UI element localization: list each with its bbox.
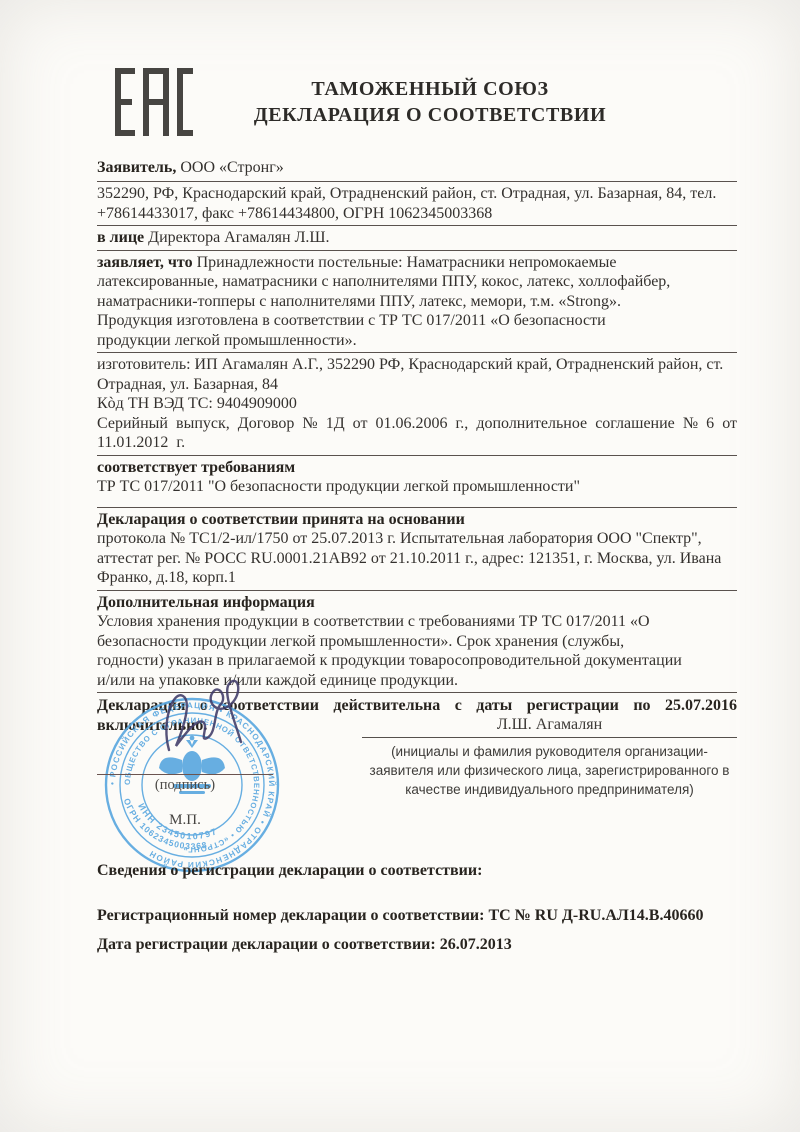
registration-number-line: Регистрационный номер декларации о соотв… <box>97 907 737 925</box>
registration-number-value: ТС № RU Д-RU.АЛ14.В.40660 <box>488 907 703 924</box>
signature-area: • РОССИЙСКАЯ ФЕДЕРАЦИЯ • КРАСНОДАРСКИЙ К… <box>97 688 737 864</box>
applicant-address-row: 352290, РФ, Краснодарский край, Отраднен… <box>97 182 737 226</box>
declares-row: заявляет, что Принадлежности постельные:… <box>97 251 737 354</box>
head-name-line <box>362 737 737 738</box>
applicant-value: ООО «Стронг» <box>180 159 283 176</box>
manufacturer-value: изготовитель: ИП Агамалян А.Г., 352290 Р… <box>97 355 737 394</box>
registration-date-label: Дата регистрации декларации о соответств… <box>97 936 436 953</box>
head-name-caption: (инициалы и фамилия руководителя организ… <box>362 742 737 799</box>
applicant-address: 352290, РФ, Краснодарский край, Отраднен… <box>97 184 737 223</box>
registration-number-label: Регистрационный номер декларации о соотв… <box>97 907 484 924</box>
tnved-code: Кòд ТН ВЭД ТС: 9404909000 <box>97 394 737 414</box>
handwritten-signature <box>153 664 257 774</box>
signature-caption: (подпись) <box>97 777 273 794</box>
declares-label: заявляет, что <box>97 254 193 271</box>
declaration-body: Заявитель, ООО «Стронг» 352290, РФ, Крас… <box>97 156 737 737</box>
registration-heading: Сведения о регистрации декларации о соот… <box>97 862 737 880</box>
additional-label: Дополнительная информация <box>97 594 315 611</box>
applicant-row: Заявитель, ООО «Стронг» <box>97 156 737 182</box>
manufacturer-row: изготовитель: ИП Агамалян А.Г., 352290 Р… <box>97 353 737 456</box>
registration-date-line: Дата регистрации декларации о соответств… <box>97 936 737 954</box>
registration-date-value: 26.07.2013 <box>440 936 512 953</box>
serial-release: Серийный выпуск, Договор № 1Д от 01.06.2… <box>97 414 737 453</box>
person-label: в лице <box>97 229 144 246</box>
title-line-1: ТАМОЖЕННЫЙ СОЮЗ <box>160 76 700 102</box>
stamp-place-label: М.П. <box>97 812 273 829</box>
person-value: Директора Агамалян Л.Ш. <box>148 229 329 246</box>
complies-row: соответствует требованиям ТР ТС 017/2011… <box>97 456 737 508</box>
signature-line <box>97 774 273 775</box>
applicant-label: Заявитель, <box>97 159 176 176</box>
complies-label: соответствует требованиям <box>97 459 295 476</box>
title-line-2: ДЕКЛАРАЦИЯ О СООТВЕТСТВИИ <box>160 102 700 128</box>
head-name: Л.Ш. Агамалян <box>362 716 737 734</box>
declaration-document: ТАМОЖЕННЫЙ СОЮЗ ДЕКЛАРАЦИЯ О СООТВЕТСТВИ… <box>0 0 800 1132</box>
complies-value: ТР ТС 017/2011 "О безопасности продукции… <box>97 477 737 497</box>
document-title: ТАМОЖЕННЫЙ СОЮЗ ДЕКЛАРАЦИЯ О СООТВЕТСТВИ… <box>160 76 700 128</box>
basis-label: Декларация о соответствии принята на осн… <box>97 511 465 528</box>
basis-value: протокола № ТС1/2-ил/1750 от 25.07.2013 … <box>97 529 737 588</box>
registration-block: Сведения о регистрации декларации о соот… <box>97 862 737 954</box>
basis-row: Декларация о соответствии принята на осн… <box>97 508 737 591</box>
person-row: в лице Директора Агамалян Л.Ш. <box>97 226 737 251</box>
head-signature-block: Л.Ш. Агамалян (инициалы и фамилия руково… <box>362 716 737 799</box>
